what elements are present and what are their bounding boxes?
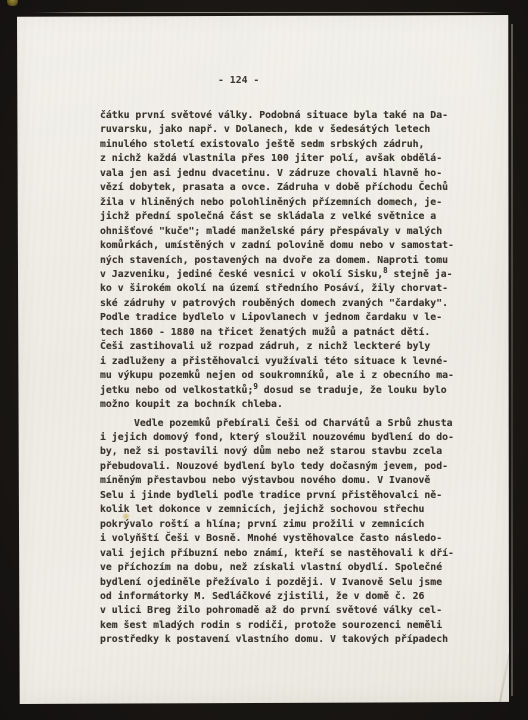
text-line: i zadluženy a přistěhovalci využívali té…	[100, 355, 472, 369]
footnote-reference-8: 8	[383, 266, 388, 275]
text-line: Podle tradice bydlelo v Lipovlanech v je…	[100, 311, 472, 325]
text-line: tech 1860 - 1880 na třicet ženatých mužů…	[100, 326, 472, 340]
text-line: bydlení ojediněle přežívalo i později. V…	[100, 576, 472, 590]
text-line: Selu i jinde bydleli podle tradice první…	[100, 489, 472, 503]
text-line: od informátorky M. Sedláčkové zjistili, …	[100, 590, 472, 604]
footnote-reference-9: 9	[253, 382, 258, 391]
text-line: by, než si postavili nový dům nebo než s…	[100, 445, 472, 459]
text-line-segment: stejně ja-	[388, 269, 453, 280]
text-line-segment: v Jazveniku, jediné české vesnici v okol…	[100, 269, 383, 280]
text-line: Češi zastihovali už rozpad zádruh, z nic…	[100, 340, 472, 354]
text-line: Vedle pozemků přebírali Češi od Charvátů…	[100, 417, 472, 431]
text-line: čátku první světové války. Podobná situa…	[100, 109, 472, 123]
underlying-page-edge	[511, 24, 513, 696]
text-line: kolik let dokonce v zemnicích, jejichž s…	[100, 503, 472, 517]
text-line: jetku nebo od velkostatků;9 dosud se tra…	[100, 384, 472, 398]
text-line: z nichž každá vlastnila přes 100 jiter p…	[100, 152, 472, 166]
page-number: - 124 -	[218, 75, 259, 86]
text-line: ruvarsku, jako např. v Dolanech, kde v š…	[100, 123, 472, 137]
text-line: i volyňští Češi v Bosně. Mnohé vystěhova…	[100, 532, 472, 546]
text-line: žila v hliněných nebo polohliněných příz…	[100, 196, 472, 210]
text-line: mu výkupu pozemků nejen od soukromníků, …	[100, 369, 472, 383]
text-line: ohnišťové "kuče"; mladé manželské páry p…	[100, 225, 472, 239]
paragraph: Vedle pozemků přebírali Češi od Charvátů…	[100, 417, 472, 648]
text-line: prostředky k postavení vlastního domu. V…	[100, 633, 472, 647]
text-line: pokrývalo roští a hlína; první zimu prož…	[100, 518, 472, 532]
text-line: ko v širokém okolí na území středního Po…	[100, 282, 472, 296]
corner-stain-mark	[7, 0, 18, 6]
text-line: vala jen asi jednu dvacetinu. V zádruze …	[100, 167, 472, 181]
text-line: možno koupit za bochník chleba.	[100, 398, 472, 412]
text-line: v ulici Breg žilo pohromadě až do první …	[100, 604, 472, 618]
text-line: přebudovali. Nouzové bydlení bylo tedy d…	[100, 460, 472, 474]
text-line: vězí dobytek, prasata a ovce. Zádruha v …	[100, 181, 472, 195]
text-line: ské zádruhy v patrových rouběných domech…	[100, 297, 472, 311]
text-line: kem šest mladých rodin s rodiči, protože…	[100, 619, 472, 633]
text-line: jichž přední společná část se skládala z…	[100, 210, 472, 224]
paper-edge-highlight	[34, 12, 502, 13]
text-line: komůrkách, umístěných v zadní polovině d…	[100, 239, 472, 253]
text-line: ných staveních, postavených na dvoře za …	[100, 254, 472, 268]
text-line: ve příchozím na dobu, než získali vlastn…	[100, 561, 472, 575]
text-line-segment: jetku nebo od velkostatků;	[100, 385, 253, 396]
paragraph: čátku první světové války. Podobná situa…	[100, 109, 472, 413]
text-line: míněným přestavbou nebo výstavbou nového…	[100, 474, 472, 488]
scanned-page: - 124 - čátku první světové války. Podob…	[17, 15, 509, 704]
text-line: v Jazveniku, jediné české vesnici v okol…	[100, 268, 472, 282]
body-text: čátku první světové války. Podobná situa…	[100, 109, 472, 648]
text-line: minulého století existovalo ještě sedm s…	[100, 138, 472, 152]
text-line: i jejich domový fond, který sloužil nouz…	[100, 431, 472, 445]
scan-backdrop: - 124 - čátku první světové války. Podob…	[0, 0, 528, 720]
text-line-segment: dosud se traduje, že louku bylo	[258, 385, 447, 396]
text-line: vali jejich příbuzní nebo známí, kteří s…	[100, 547, 472, 561]
